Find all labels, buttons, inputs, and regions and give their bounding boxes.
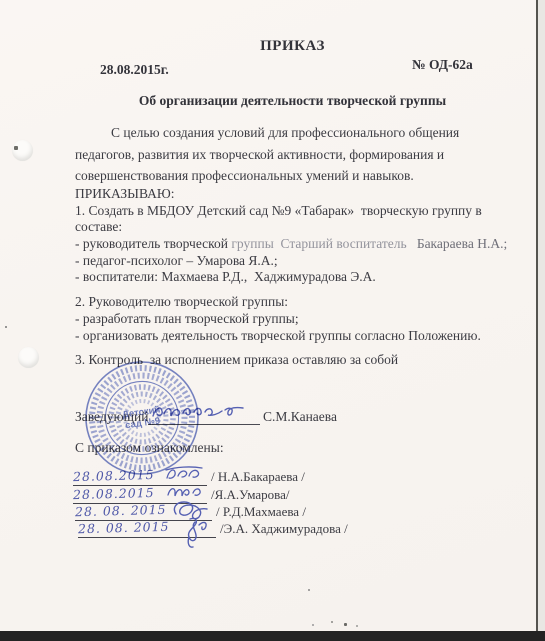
member-leader-name: Бакараева Н.А.;	[407, 236, 508, 251]
scan-right-edge-line	[536, 0, 538, 632]
order-item-2-sub-1: - разработать план творческой группы;	[75, 310, 299, 327]
scan-bottom-edge	[0, 631, 545, 641]
handwritten-signature	[180, 517, 214, 551]
document-number: № ОД-62а	[412, 56, 473, 73]
scan-speck	[331, 621, 333, 623]
ack-name: /Э.А. Хаджимурадова /	[220, 520, 348, 538]
scan-speck	[14, 146, 18, 150]
member-psychologist-line: - педагог-психолог – Умарова Я.А.;	[75, 252, 278, 269]
scan-speck	[312, 624, 314, 626]
ack-name: / Н.А.Бакараева /	[211, 468, 305, 486]
document-subject: Об организации деятельности творческой г…	[75, 92, 510, 109]
scan-speck	[356, 625, 358, 627]
round-stamp: Детский сад №9	[74, 350, 210, 486]
scanned-order-document: ПРИКАЗ 28.08.2015г. № ОД-62а Об организа…	[0, 0, 545, 641]
scan-speck	[308, 589, 310, 591]
scan-speck	[344, 623, 347, 626]
resolve-word: ПРИКАЗЫВАЮ:	[75, 185, 175, 202]
order-item-2-sub-2: - организовать деятельность творческой г…	[75, 327, 481, 344]
scan-speck	[5, 326, 7, 328]
member-leader-line: - руководитель творческой группы Старший…	[75, 235, 507, 252]
ack-row-khadzhimuradova: 28. 08. 2015 /Э.А. Хаджимурадова /	[78, 520, 348, 539]
member-leader-position: группы Старший воспитатель	[231, 236, 406, 251]
order-item-2-head: 2. Руководителю творческой группы:	[75, 293, 288, 310]
order-item-1-line-1: 1. Создать в МБДОУ Детский сад №9 «Табар…	[75, 202, 482, 219]
scan-right-margin	[538, 0, 545, 632]
ack-name: / Р.Д.Махмаева /	[216, 503, 306, 521]
handwritten-signature	[165, 483, 205, 501]
member-teachers-line: - воспитатели: Махмаева Р.Д., Хаджимурад…	[75, 268, 376, 285]
ack-signature-line: 28. 08. 2015	[78, 520, 216, 538]
hole-punch-artifact	[12, 140, 33, 161]
handwritten-date: 28. 08. 2015	[75, 502, 167, 519]
preamble-paragraph: С целью создания условий для профессиона…	[75, 122, 511, 187]
handwritten-date: 28.08.2015	[73, 485, 155, 502]
member-leader-prefix: - руководитель творческой	[75, 236, 231, 251]
hole-punch-artifact	[18, 347, 39, 368]
signing-name: С.М.Канаева	[263, 408, 337, 425]
document-date: 28.08.2015г.	[100, 61, 169, 78]
document-title: ПРИКАЗ	[75, 38, 510, 55]
order-item-1-line-2: составе:	[75, 218, 122, 235]
ack-name: /Я.А.Умарова/	[211, 486, 290, 504]
handwritten-date: 28. 08. 2015	[78, 519, 170, 536]
